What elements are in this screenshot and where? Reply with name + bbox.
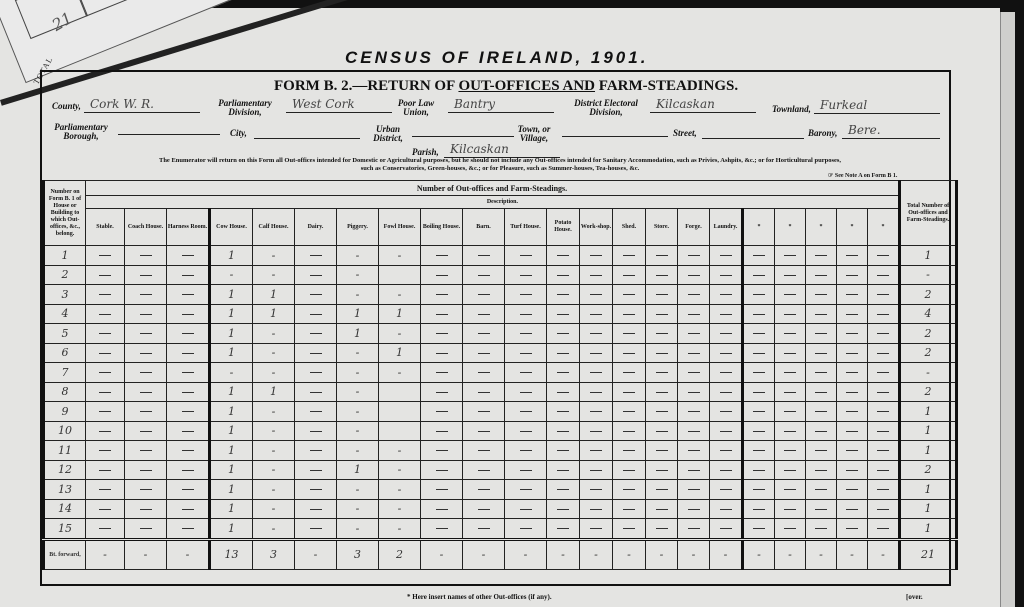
brought-forward-cell[interactable]: -: [421, 539, 463, 569]
empty-cell[interactable]: [547, 382, 580, 402]
cow-house-cell[interactable]: 1: [210, 421, 253, 441]
calf-house-cell[interactable]: -: [253, 499, 295, 519]
empty-cell[interactable]: [505, 285, 547, 305]
empty-cell[interactable]: [505, 382, 547, 402]
empty-cell[interactable]: [463, 324, 505, 344]
empty-cell[interactable]: [547, 402, 580, 422]
district-electoral-division-field[interactable]: Kilcaskan: [650, 96, 756, 113]
row-total-cell[interactable]: 2: [900, 382, 957, 402]
empty-cell[interactable]: [295, 285, 337, 305]
empty-cell[interactable]: [86, 265, 125, 285]
row-total-cell[interactable]: 4: [900, 304, 957, 324]
row-total-cell[interactable]: 1: [900, 402, 957, 422]
brought-forward-cell[interactable]: -: [463, 539, 505, 569]
row-total-cell[interactable]: 1: [900, 421, 957, 441]
fowl-house-cell[interactable]: -: [379, 363, 421, 383]
empty-cell[interactable]: [775, 519, 806, 540]
empty-cell[interactable]: [806, 324, 837, 344]
empty-cell[interactable]: [295, 441, 337, 461]
row-total-cell[interactable]: 1: [900, 519, 957, 540]
empty-cell[interactable]: [167, 421, 210, 441]
brought-forward-cell[interactable]: -: [295, 539, 337, 569]
empty-cell[interactable]: [421, 480, 463, 500]
empty-cell[interactable]: [580, 382, 613, 402]
empty-cell[interactable]: [743, 285, 775, 305]
empty-cell[interactable]: [463, 402, 505, 422]
empty-cell[interactable]: [775, 382, 806, 402]
empty-cell[interactable]: [505, 324, 547, 344]
empty-cell[interactable]: [505, 304, 547, 324]
empty-cell[interactable]: [806, 441, 837, 461]
empty-cell[interactable]: [580, 480, 613, 500]
row-total-cell[interactable]: 2: [900, 285, 957, 305]
empty-cell[interactable]: [646, 343, 678, 363]
empty-cell[interactable]: [710, 402, 743, 422]
row-total-cell[interactable]: 2: [900, 324, 957, 344]
empty-cell[interactable]: [613, 480, 646, 500]
empty-cell[interactable]: [463, 519, 505, 540]
empty-cell[interactable]: [421, 265, 463, 285]
piggery-cell[interactable]: -: [337, 441, 379, 461]
empty-cell[interactable]: [806, 363, 837, 383]
cow-house-cell[interactable]: 1: [210, 304, 253, 324]
fowl-house-cell[interactable]: -: [379, 460, 421, 480]
empty-cell[interactable]: [580, 304, 613, 324]
empty-cell[interactable]: [613, 246, 646, 266]
empty-cell[interactable]: [295, 363, 337, 383]
brought-forward-cell[interactable]: -: [646, 539, 678, 569]
calf-house-cell[interactable]: 1: [253, 382, 295, 402]
empty-cell[interactable]: [295, 402, 337, 422]
empty-cell[interactable]: [806, 265, 837, 285]
empty-cell[interactable]: [806, 460, 837, 480]
empty-cell[interactable]: [837, 480, 868, 500]
empty-cell[interactable]: [86, 324, 125, 344]
brought-forward-cell[interactable]: -: [837, 539, 868, 569]
brought-forward-cell[interactable]: -: [806, 539, 837, 569]
empty-cell[interactable]: [868, 480, 900, 500]
calf-house-cell[interactable]: -: [253, 402, 295, 422]
empty-cell[interactable]: [806, 402, 837, 422]
empty-cell[interactable]: [463, 246, 505, 266]
empty-cell[interactable]: [743, 324, 775, 344]
empty-cell[interactable]: [547, 363, 580, 383]
empty-cell[interactable]: [167, 519, 210, 540]
empty-cell[interactable]: [125, 460, 167, 480]
brought-forward-cell[interactable]: 2: [379, 539, 421, 569]
empty-cell[interactable]: [125, 363, 167, 383]
empty-cell[interactable]: [646, 460, 678, 480]
empty-cell[interactable]: [613, 421, 646, 441]
empty-cell[interactable]: [678, 246, 710, 266]
empty-cell[interactable]: [125, 402, 167, 422]
empty-cell[interactable]: [505, 265, 547, 285]
empty-cell[interactable]: [547, 499, 580, 519]
empty-cell[interactable]: [806, 285, 837, 305]
empty-cell[interactable]: [125, 304, 167, 324]
row-total-cell[interactable]: 1: [900, 441, 957, 461]
empty-cell[interactable]: [580, 246, 613, 266]
empty-cell[interactable]: [646, 480, 678, 500]
piggery-cell[interactable]: 1: [337, 324, 379, 344]
empty-cell[interactable]: [646, 519, 678, 540]
cow-house-cell[interactable]: 1: [210, 246, 253, 266]
empty-cell[interactable]: [86, 382, 125, 402]
empty-cell[interactable]: [868, 285, 900, 305]
empty-cell[interactable]: [646, 285, 678, 305]
empty-cell[interactable]: [86, 499, 125, 519]
brought-forward-cell[interactable]: 3: [337, 539, 379, 569]
empty-cell[interactable]: [463, 382, 505, 402]
empty-cell[interactable]: [167, 402, 210, 422]
piggery-cell[interactable]: -: [337, 480, 379, 500]
empty-cell[interactable]: [421, 460, 463, 480]
city-field[interactable]: [254, 122, 360, 139]
empty-cell[interactable]: [868, 265, 900, 285]
calf-house-cell[interactable]: -: [253, 363, 295, 383]
empty-cell[interactable]: [505, 343, 547, 363]
empty-cell[interactable]: [547, 343, 580, 363]
empty-cell[interactable]: [646, 324, 678, 344]
street-field[interactable]: [702, 122, 804, 139]
empty-cell[interactable]: [295, 304, 337, 324]
empty-cell[interactable]: [646, 246, 678, 266]
empty-cell[interactable]: [125, 246, 167, 266]
empty-cell[interactable]: [421, 285, 463, 305]
empty-cell[interactable]: [837, 265, 868, 285]
empty-cell[interactable]: [86, 460, 125, 480]
empty-cell[interactable]: [646, 402, 678, 422]
empty-cell[interactable]: [86, 285, 125, 305]
empty-cell[interactable]: [678, 382, 710, 402]
empty-cell[interactable]: [837, 402, 868, 422]
cow-house-cell[interactable]: 1: [210, 519, 253, 540]
empty-cell[interactable]: [613, 304, 646, 324]
empty-cell[interactable]: [743, 382, 775, 402]
empty-cell[interactable]: [295, 421, 337, 441]
piggery-cell[interactable]: -: [337, 285, 379, 305]
empty-cell[interactable]: [547, 519, 580, 540]
fowl-house-cell[interactable]: -: [379, 246, 421, 266]
fowl-house-cell[interactable]: -: [379, 480, 421, 500]
empty-cell[interactable]: [86, 519, 125, 540]
empty-cell[interactable]: [710, 304, 743, 324]
empty-cell[interactable]: [463, 421, 505, 441]
empty-cell[interactable]: [743, 265, 775, 285]
empty-cell[interactable]: [167, 265, 210, 285]
empty-cell[interactable]: [743, 480, 775, 500]
empty-cell[interactable]: [295, 460, 337, 480]
empty-cell[interactable]: [613, 402, 646, 422]
empty-cell[interactable]: [167, 304, 210, 324]
empty-cell[interactable]: [837, 382, 868, 402]
empty-cell[interactable]: [463, 343, 505, 363]
empty-cell[interactable]: [295, 499, 337, 519]
empty-cell[interactable]: [806, 480, 837, 500]
empty-cell[interactable]: [167, 324, 210, 344]
fowl-house-cell[interactable]: 1: [379, 304, 421, 324]
empty-cell[interactable]: [421, 402, 463, 422]
empty-cell[interactable]: [678, 421, 710, 441]
empty-cell[interactable]: [775, 246, 806, 266]
empty-cell[interactable]: [295, 246, 337, 266]
calf-house-cell[interactable]: -: [253, 441, 295, 461]
empty-cell[interactable]: [580, 343, 613, 363]
empty-cell[interactable]: [580, 402, 613, 422]
empty-cell[interactable]: [806, 421, 837, 441]
empty-cell[interactable]: [421, 304, 463, 324]
empty-cell[interactable]: [463, 460, 505, 480]
piggery-cell[interactable]: -: [337, 246, 379, 266]
brought-forward-cell[interactable]: -: [775, 539, 806, 569]
empty-cell[interactable]: [295, 382, 337, 402]
empty-cell[interactable]: [580, 460, 613, 480]
empty-cell[interactable]: [167, 363, 210, 383]
empty-cell[interactable]: [167, 480, 210, 500]
empty-cell[interactable]: [868, 519, 900, 540]
calf-house-cell[interactable]: -: [253, 324, 295, 344]
empty-cell[interactable]: [167, 285, 210, 305]
empty-cell[interactable]: [743, 519, 775, 540]
empty-cell[interactable]: [837, 285, 868, 305]
empty-cell[interactable]: [710, 421, 743, 441]
brought-forward-cell[interactable]: -: [580, 539, 613, 569]
empty-cell[interactable]: [743, 304, 775, 324]
empty-cell[interactable]: [868, 343, 900, 363]
empty-cell[interactable]: [868, 246, 900, 266]
brought-forward-cell[interactable]: -: [710, 539, 743, 569]
empty-cell[interactable]: [463, 499, 505, 519]
calf-house-cell[interactable]: -: [253, 343, 295, 363]
fowl-house-cell[interactable]: -: [379, 499, 421, 519]
empty-cell[interactable]: [613, 441, 646, 461]
empty-cell[interactable]: [505, 402, 547, 422]
empty-cell[interactable]: [806, 499, 837, 519]
piggery-cell[interactable]: 1: [337, 304, 379, 324]
empty-cell[interactable]: [743, 246, 775, 266]
empty-cell[interactable]: [646, 363, 678, 383]
fowl-house-cell[interactable]: -: [379, 285, 421, 305]
empty-cell[interactable]: [710, 499, 743, 519]
fowl-house-cell[interactable]: -: [379, 441, 421, 461]
empty-cell[interactable]: [678, 343, 710, 363]
empty-cell[interactable]: [547, 441, 580, 461]
cow-house-cell[interactable]: 1: [210, 402, 253, 422]
empty-cell[interactable]: [613, 519, 646, 540]
empty-cell[interactable]: [710, 519, 743, 540]
empty-cell[interactable]: [743, 363, 775, 383]
empty-cell[interactable]: [837, 324, 868, 344]
row-total-cell[interactable]: 2: [900, 343, 957, 363]
empty-cell[interactable]: [421, 324, 463, 344]
parliamentary-division-field[interactable]: West Cork: [286, 96, 392, 113]
row-total-cell[interactable]: 1: [900, 499, 957, 519]
empty-cell[interactable]: [710, 480, 743, 500]
fowl-house-cell[interactable]: 1: [379, 343, 421, 363]
cow-house-cell[interactable]: 1: [210, 324, 253, 344]
piggery-cell[interactable]: -: [337, 382, 379, 402]
empty-cell[interactable]: [125, 382, 167, 402]
county-field[interactable]: Cork W. R.: [84, 96, 200, 113]
empty-cell[interactable]: [580, 499, 613, 519]
piggery-cell[interactable]: -: [337, 519, 379, 540]
brought-forward-cell[interactable]: -: [125, 539, 167, 569]
empty-cell[interactable]: [775, 480, 806, 500]
empty-cell[interactable]: [775, 441, 806, 461]
empty-cell[interactable]: [678, 402, 710, 422]
row-total-cell[interactable]: -: [900, 265, 957, 285]
fowl-house-cell[interactable]: -: [379, 519, 421, 540]
empty-cell[interactable]: [167, 382, 210, 402]
empty-cell[interactable]: [678, 304, 710, 324]
empty-cell[interactable]: [580, 265, 613, 285]
empty-cell[interactable]: [837, 343, 868, 363]
empty-cell[interactable]: [421, 363, 463, 383]
empty-cell[interactable]: [678, 480, 710, 500]
empty-cell[interactable]: [125, 421, 167, 441]
empty-cell[interactable]: [868, 441, 900, 461]
brought-forward-cell[interactable]: -: [743, 539, 775, 569]
empty-cell[interactable]: [463, 480, 505, 500]
empty-cell[interactable]: [547, 460, 580, 480]
empty-cell[interactable]: [167, 499, 210, 519]
empty-cell[interactable]: [837, 441, 868, 461]
empty-cell[interactable]: [868, 304, 900, 324]
calf-house-cell[interactable]: -: [253, 246, 295, 266]
empty-cell[interactable]: [806, 382, 837, 402]
empty-cell[interactable]: [295, 519, 337, 540]
empty-cell[interactable]: [421, 441, 463, 461]
fowl-house-cell[interactable]: [379, 265, 421, 285]
empty-cell[interactable]: [613, 382, 646, 402]
empty-cell[interactable]: [837, 519, 868, 540]
empty-cell[interactable]: [775, 499, 806, 519]
empty-cell[interactable]: [868, 499, 900, 519]
empty-cell[interactable]: [775, 265, 806, 285]
calf-house-cell[interactable]: -: [253, 421, 295, 441]
empty-cell[interactable]: [837, 499, 868, 519]
empty-cell[interactable]: [125, 265, 167, 285]
row-total-cell[interactable]: -: [900, 363, 957, 383]
empty-cell[interactable]: [678, 441, 710, 461]
cow-house-cell[interactable]: 1: [210, 285, 253, 305]
empty-cell[interactable]: [646, 382, 678, 402]
empty-cell[interactable]: [806, 304, 837, 324]
empty-cell[interactable]: [775, 421, 806, 441]
empty-cell[interactable]: [837, 246, 868, 266]
empty-cell[interactable]: [463, 441, 505, 461]
empty-cell[interactable]: [295, 265, 337, 285]
empty-cell[interactable]: [743, 441, 775, 461]
empty-cell[interactable]: [613, 285, 646, 305]
empty-cell[interactable]: [125, 499, 167, 519]
empty-cell[interactable]: [613, 460, 646, 480]
empty-cell[interactable]: [678, 499, 710, 519]
empty-cell[interactable]: [421, 421, 463, 441]
empty-cell[interactable]: [806, 519, 837, 540]
empty-cell[interactable]: [678, 363, 710, 383]
empty-cell[interactable]: [868, 460, 900, 480]
empty-cell[interactable]: [547, 246, 580, 266]
piggery-cell[interactable]: -: [337, 402, 379, 422]
empty-cell[interactable]: [775, 304, 806, 324]
empty-cell[interactable]: [167, 441, 210, 461]
calf-house-cell[interactable]: -: [253, 460, 295, 480]
brought-forward-cell[interactable]: 3: [253, 539, 295, 569]
empty-cell[interactable]: [710, 441, 743, 461]
empty-cell[interactable]: [646, 441, 678, 461]
row-total-cell[interactable]: 1: [900, 246, 957, 266]
empty-cell[interactable]: [868, 402, 900, 422]
empty-cell[interactable]: [421, 499, 463, 519]
town-or-village-field[interactable]: [562, 120, 668, 137]
brought-forward-cell[interactable]: -: [678, 539, 710, 569]
empty-cell[interactable]: [580, 363, 613, 383]
empty-cell[interactable]: [710, 265, 743, 285]
empty-cell[interactable]: [463, 265, 505, 285]
cow-house-cell[interactable]: 1: [210, 382, 253, 402]
empty-cell[interactable]: [86, 246, 125, 266]
empty-cell[interactable]: [613, 265, 646, 285]
empty-cell[interactable]: [678, 265, 710, 285]
brought-forward-cell[interactable]: -: [547, 539, 580, 569]
brought-forward-cell[interactable]: -: [505, 539, 547, 569]
cow-house-cell[interactable]: -: [210, 265, 253, 285]
brought-forward-cell[interactable]: -: [167, 539, 210, 569]
empty-cell[interactable]: [505, 421, 547, 441]
empty-cell[interactable]: [86, 402, 125, 422]
empty-cell[interactable]: [86, 343, 125, 363]
empty-cell[interactable]: [505, 499, 547, 519]
empty-cell[interactable]: [710, 363, 743, 383]
empty-cell[interactable]: [580, 441, 613, 461]
calf-house-cell[interactable]: -: [253, 265, 295, 285]
cow-house-cell[interactable]: 1: [210, 480, 253, 500]
empty-cell[interactable]: [613, 343, 646, 363]
urban-district-field[interactable]: [412, 120, 514, 137]
empty-cell[interactable]: [167, 460, 210, 480]
empty-cell[interactable]: [743, 421, 775, 441]
empty-cell[interactable]: [125, 480, 167, 500]
empty-cell[interactable]: [580, 285, 613, 305]
calf-house-cell[interactable]: -: [253, 519, 295, 540]
empty-cell[interactable]: [580, 421, 613, 441]
empty-cell[interactable]: [743, 499, 775, 519]
empty-cell[interactable]: [837, 363, 868, 383]
empty-cell[interactable]: [678, 324, 710, 344]
empty-cell[interactable]: [86, 441, 125, 461]
empty-cell[interactable]: [295, 324, 337, 344]
empty-cell[interactable]: [646, 421, 678, 441]
empty-cell[interactable]: [775, 343, 806, 363]
empty-cell[interactable]: [547, 324, 580, 344]
empty-cell[interactable]: [613, 324, 646, 344]
empty-cell[interactable]: [837, 421, 868, 441]
empty-cell[interactable]: [678, 285, 710, 305]
empty-cell[interactable]: [295, 343, 337, 363]
cow-house-cell[interactable]: 1: [210, 441, 253, 461]
empty-cell[interactable]: [86, 363, 125, 383]
empty-cell[interactable]: [743, 402, 775, 422]
empty-cell[interactable]: [505, 519, 547, 540]
empty-cell[interactable]: [868, 421, 900, 441]
empty-cell[interactable]: [86, 304, 125, 324]
empty-cell[interactable]: [775, 460, 806, 480]
calf-house-cell[interactable]: 1: [253, 304, 295, 324]
empty-cell[interactable]: [125, 441, 167, 461]
parish-field[interactable]: Kilcaskan: [444, 141, 560, 158]
empty-cell[interactable]: [505, 441, 547, 461]
